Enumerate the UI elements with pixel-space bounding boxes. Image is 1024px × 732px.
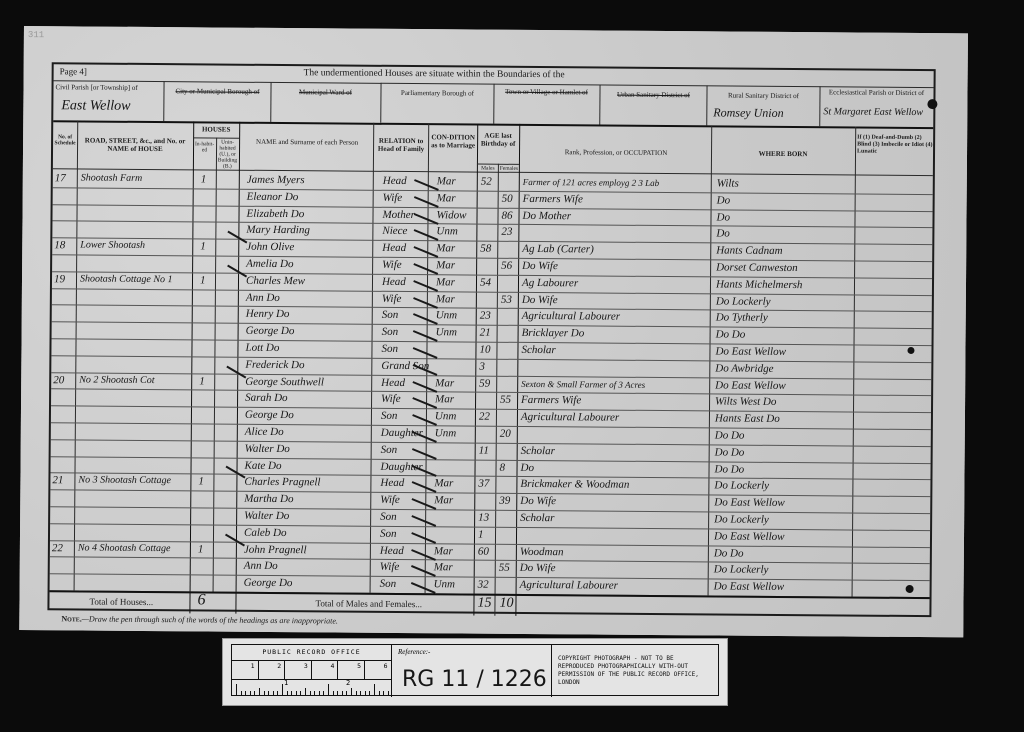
relation: Grand Son [381,358,429,375]
parliamentary-borough-label: Parliamentary Borough of [382,89,492,98]
relation: Son [380,509,397,526]
female-age: 23 [501,224,512,241]
person-name: George Do [244,575,293,592]
col-schedule: No. of Schedule [53,134,77,146]
census-page: 311 Page 4] The undermentioned Houses ar… [19,26,968,637]
marital-condition: Mar [434,476,453,493]
birthplace: Hants Cadnam [716,243,782,260]
relation: Niece [382,223,407,240]
person-name: Caleb Do [244,525,287,542]
house-name: No 4 Shootash Cottage [78,540,171,558]
relation: Son [382,307,399,324]
relation: Son [381,341,398,358]
person-name: Eleanor Do [247,189,299,206]
marital-condition: Mar [434,560,453,577]
rural-sanitary-value: Romsey Union [713,105,783,121]
occupation: Do Wife [522,292,558,309]
punch-hole-top [927,99,937,109]
ecclesiastical-parish-label: Ecclesiastical Parish or District of [821,88,931,97]
relation: Head [380,542,404,559]
occupation: Scholar [520,510,554,527]
col-females: Females [499,166,519,172]
inhabited-count: 1 [201,171,207,188]
marital-condition: Mar [437,173,456,190]
scale-box: 3 [285,660,312,679]
marital-condition: Mar [435,392,454,409]
house-name: No 3 Shootash Cottage [78,473,171,491]
civil-parish-value: East Wellow [61,98,130,115]
birthplace: Do Awbridge [715,360,773,377]
person-name: Charles Pragnell [244,474,320,491]
female-age: 20 [500,426,511,443]
relation: Mother [382,206,415,223]
female-age: 55 [500,392,511,409]
birthplace: Hants East Do [715,411,780,428]
inhabited-count: 1 [198,541,204,558]
relation: Head [380,475,404,492]
occupation: Scholar [521,342,555,359]
birthplace: Do Lockerly [714,511,769,528]
town-village-label: Town or Village or Hamlet of [495,88,597,97]
female-age: 55 [499,560,510,577]
occupation: Do Wife [520,493,556,510]
relation: Son [381,408,398,425]
male-age: 3 [479,358,485,375]
col-name: NAME and Surname of each Person [243,138,371,147]
scale-boxes: 123456 [232,660,391,680]
birthplace: Do Lockerly [714,478,769,495]
person-name: John Olive [246,239,294,256]
scale-box: 6 [365,660,392,679]
note-prefix: Note. [61,614,82,623]
occupation: Agricultural Labourer [522,308,620,326]
female-age: 39 [499,493,510,510]
male-age: 59 [479,375,490,392]
municipal-ward-label: Municipal Ward of [272,88,378,97]
male-age: 52 [481,174,492,191]
occupation: Farmers Wife [523,191,583,208]
office-name: PUBLIC RECORD OFFICE [232,645,391,661]
scale-box: 2 [259,660,286,679]
page-number: Page 4] [60,66,87,76]
birthplace: Do Do [715,427,745,444]
person-name: James Myers [247,172,305,189]
male-age: 11 [479,442,489,459]
schedule-number: 18 [54,237,65,254]
male-age: 22 [479,409,490,426]
rural-sanitary-label: Rural Sanitary District of [708,91,818,100]
relation: Head [381,374,405,391]
relation: Son [380,526,397,543]
occupation: Do Mother [522,208,571,225]
scale-box: 5 [338,660,365,679]
house-name: Shootash Cottage No 1 [80,271,173,289]
page-title: The undermentioned Houses are situate wi… [304,68,565,80]
female-age: 56 [501,258,512,275]
col-condition: CON-DITION as to Marriage [430,133,476,149]
person-name: Lott Do [245,340,279,357]
occupation: Agricultural Labourer [521,409,619,427]
occupation: Scholar [521,443,555,460]
relation: Son [382,324,399,341]
female-age: 86 [501,207,512,224]
person-name: John Pragnell [244,541,307,558]
person-name: Ann Do [246,289,280,306]
col-age: AGE last Birthday of [478,132,518,148]
inhabited-count: 1 [200,272,206,289]
relation: Head [382,274,406,291]
birthplace: Do Do [714,545,744,562]
relation: Wife [382,257,402,274]
occupation: Ag Lab (Carter) [522,241,594,258]
marital-condition: Unm [436,324,458,341]
ruler-number: 1 [284,679,288,687]
schedule-number: 22 [52,540,63,557]
relation: Wife [380,559,400,576]
female-age: 53 [501,291,512,308]
occupation: Farmers Wife [521,392,581,409]
birthplace: Do [716,209,730,226]
marital-condition: Unm [436,224,458,241]
male-age: 1 [478,526,484,543]
marital-condition: Unm [435,408,457,425]
person-name: George Southwell [245,373,324,390]
birthplace: Do Lockerly [716,293,771,310]
male-age: 32 [478,577,489,594]
birthplace: Do East Wellow [714,495,785,512]
relation: Son [380,576,397,593]
birthplace: Do Do [714,461,744,478]
birthplace: Hants Michelmersh [716,276,803,293]
ecclesiastical-parish-value: St Margaret East Wellow [823,106,923,118]
marital-condition: Mar [434,492,453,509]
col-uninhabited: Unin-habited (U.), or Building (B.) [217,140,238,170]
occupation: Bricklayer Do [522,325,585,342]
occupation: Brickmaker & Woodman [520,476,629,494]
scale-box: 4 [312,660,339,679]
person-name: Henry Do [246,306,290,323]
form-note: Note.—Draw the pen through such of the w… [61,614,338,625]
occupation: Woodman [520,544,564,561]
census-form: Page 4] The undermentioned Houses are si… [47,62,935,617]
male-age: 13 [478,510,489,527]
occupation: Do Wife [522,258,558,275]
schedule-number: 19 [54,271,65,288]
punch-hole-middle [907,347,914,354]
occupation: Sexton & Small Farmer of 3 Acres [521,376,645,394]
reference-value: RG 11 / 1226 [402,667,547,692]
inhabited-count: 1 [200,239,206,256]
inhabited-count: 1 [198,474,204,491]
house-name: No 2 Shootash Cot [79,372,154,389]
relation: Son [381,442,398,459]
birthplace: Do Lockerly [714,562,769,579]
person-name: Frederick Do [245,357,304,374]
marital-condition: Mar [436,240,455,257]
total-females-value: 10 [499,596,513,612]
person-name: Amelia Do [246,256,293,273]
male-age: 21 [480,325,491,342]
municipal-borough-label: City or Municipal Borough of [165,87,269,96]
marital-condition: Widow [436,207,466,224]
person-name: Walter Do [244,508,289,525]
occupation: Do [520,460,534,477]
marital-condition: Unm [434,576,456,593]
person-name: Martha Do [244,491,293,508]
marital-condition: Unm [435,425,457,442]
house-name: Lower Shootash [80,238,145,255]
marital-condition: Mar [437,190,456,207]
male-age: 37 [478,476,489,493]
male-age: 54 [480,274,491,291]
person-name: Sarah Do [245,390,288,407]
col-where-born: WHERE BORN [713,149,853,158]
ruler-number: 2 [346,679,350,687]
col-males: Males [478,166,498,172]
relation: Wife [382,290,402,307]
schedule-number: 21 [52,473,63,490]
female-age: 50 [502,191,513,208]
relation: Head [382,240,406,257]
birthplace: Do Do [715,444,745,461]
male-age: 60 [478,543,489,560]
birthplace: Wilts West Do [715,394,776,411]
reference-box: Reference:- RG 11 / 1226 [392,645,552,697]
col-occupation: Rank, Profession, or OCCUPATION [523,148,709,157]
public-record-office-box: PUBLIC RECORD OFFICE 123456 12 [232,645,392,697]
col-houses: HOUSES [193,126,239,132]
marital-condition: Unm [436,308,458,325]
birthplace: Do East Wellow [714,579,785,596]
person-name: Walter Do [245,441,290,458]
female-age: 8 [499,459,505,476]
person-name: George Do [245,407,294,424]
person-name: Charles Mew [246,273,305,290]
col-inhabited: In-habit-ed [194,141,215,153]
archive-label: PUBLIC RECORD OFFICE 123456 12 Reference… [222,638,728,706]
note-text: —Draw the pen through such of the words … [82,614,338,625]
birthplace: Do [716,226,730,243]
reference-label: Reference:- [398,648,430,656]
occupation: Ag Labourer [522,275,578,292]
col-infirmity: If (1) Deaf-and-Dumb (2) Blind (3) Imbec… [857,135,933,157]
person-name: Alice Do [245,424,284,441]
total-males-value: 15 [477,596,491,612]
male-age: 58 [480,241,491,258]
birthplace: Wilts [717,175,739,192]
copyright-notice: COPYRIGHT PHOTOGRAPH - NOT TO BE REPRODU… [552,645,718,697]
occupation: Do Wife [520,560,556,577]
schedule-number: 17 [55,170,66,187]
birthplace: Do East Wellow [715,377,786,394]
male-age: 10 [479,342,490,359]
archive-mark: 311 [28,30,44,40]
inhabited-count: 1 [199,373,205,390]
birthplace: Do [717,192,731,209]
person-name: Elizabeth Do [246,205,304,222]
col-road: ROAD, STREET, &c., and No. or NAME of HO… [79,136,191,153]
total-houses-value: 6 [197,591,205,609]
person-name: Ann Do [244,558,278,575]
urban-sanitary-label: Urban Sanitary District of [601,91,705,100]
relation: Wife [380,492,400,509]
total-houses-label: Total of Houses... [89,597,153,607]
birthplace: Dorset Canweston [716,259,798,276]
relation: Head [383,173,407,190]
birthplace: Do East Wellow [715,343,786,360]
occupation: Farmer of 121 acres employg 2 3 Lab [523,174,660,192]
civil-parish-label: Civil Parish [or Township] of [55,83,161,92]
marital-condition: Mar [434,543,453,560]
birthplace: Do Tytherly [716,310,768,327]
person-name: Mary Harding [246,222,310,239]
birthplace: Do East Wellow [714,528,785,545]
marital-condition: Mar [436,291,455,308]
male-age: 23 [480,308,491,325]
ruler: 12 [232,679,391,696]
total-persons-label: Total of Males and Females... [315,598,422,609]
relation: Wife [383,190,403,207]
marital-condition: Mar [435,375,454,392]
occupation: Agricultural Labourer [520,577,618,595]
marital-condition: Mar [436,257,455,274]
person-name: George Do [246,323,295,340]
col-relation: RELATION to Head of Family [375,137,427,153]
house-name: Shootash Farm [81,170,143,187]
marital-condition: Mar [436,274,455,291]
relation: Wife [381,391,401,408]
scale-box: 1 [232,660,259,679]
person-name: Kate Do [244,457,281,474]
punch-hole-bottom [906,585,914,593]
schedule-number: 20 [53,372,64,389]
birthplace: Do Do [716,327,746,344]
